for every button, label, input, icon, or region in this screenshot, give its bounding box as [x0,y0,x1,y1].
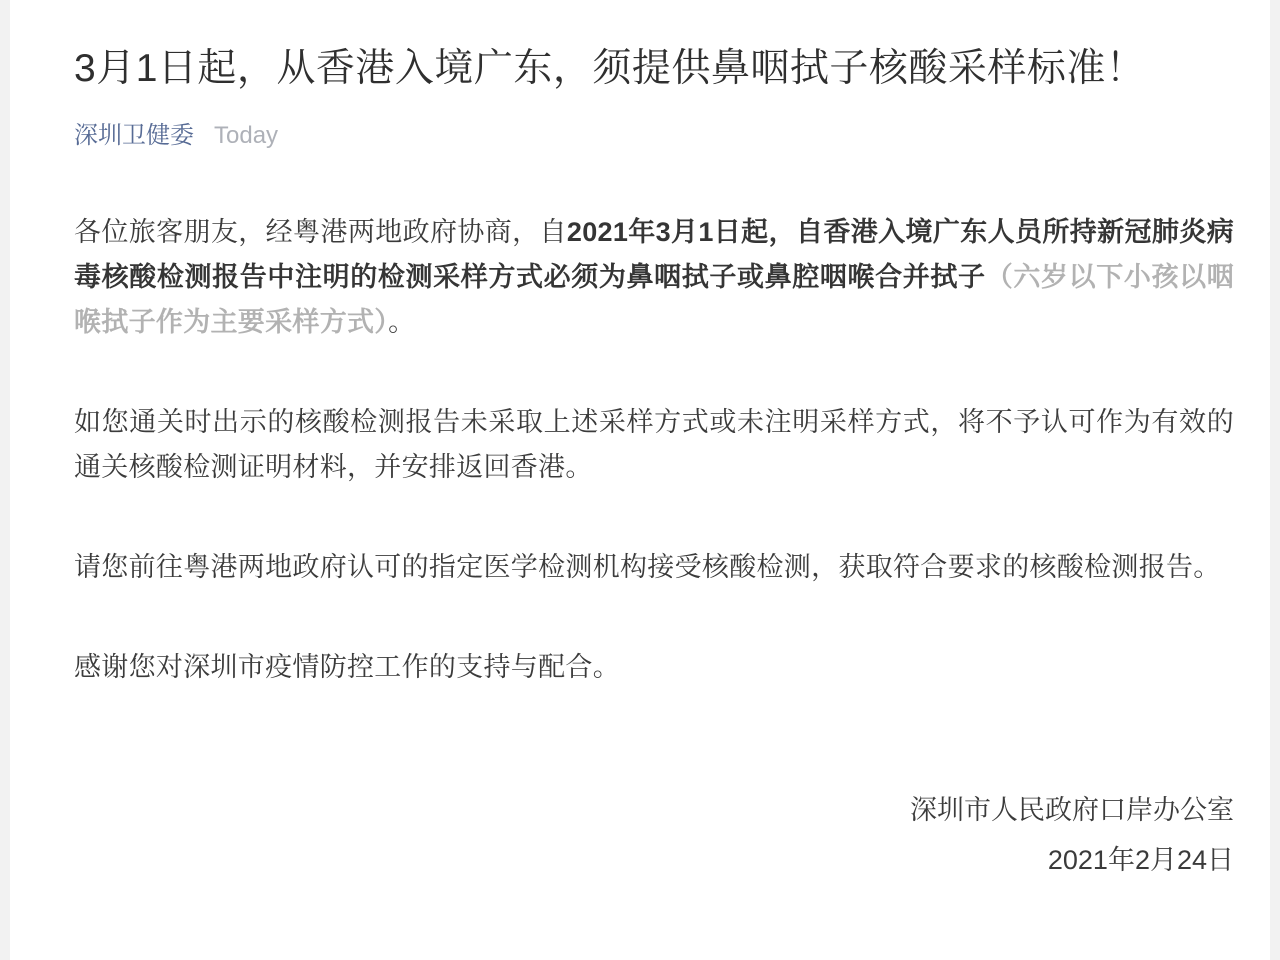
paragraph-1: 各位旅客朋友，经粤港两地政府协商，自2021年3月1日起，自香港入境广东人员所持… [74,210,1234,345]
signature-block: 深圳市人民政府口岸办公室 2021年2月24日 [74,785,1234,885]
p1-tail-text: 。 [388,307,415,337]
article-meta: 深圳卫健委 Today [74,119,1234,152]
signature-org: 深圳市人民政府口岸办公室 [74,785,1234,835]
paragraph-2: 如您通关时出示的核酸检测报告未采取上述采样方式或未注明采样方式，将不予认可作为有… [74,400,1234,490]
source-account-link[interactable]: 深圳卫健委 [74,119,194,152]
article-body: 各位旅客朋友，经粤港两地政府协商，自2021年3月1日起，自香港入境广东人员所持… [74,210,1234,690]
p1-lead-text: 各位旅客朋友，经粤港两地政府协商，自 [74,217,567,247]
article-page: 3月1日起，从香港入境广东，须提供鼻咽拭子核酸采样标准！ 深圳卫健委 Today… [10,0,1270,960]
publish-date-label: Today [214,119,278,152]
signature-date: 2021年2月24日 [74,835,1234,885]
article-title: 3月1日起，从香港入境广东，须提供鼻咽拭子核酸采样标准！ [74,42,1234,97]
paragraph-3: 请您前往粤港两地政府认可的指定医学检测机构接受核酸检测，获取符合要求的核酸检测报… [74,545,1234,590]
paragraph-4: 感谢您对深圳市疫情防控工作的支持与配合。 [74,645,1234,690]
